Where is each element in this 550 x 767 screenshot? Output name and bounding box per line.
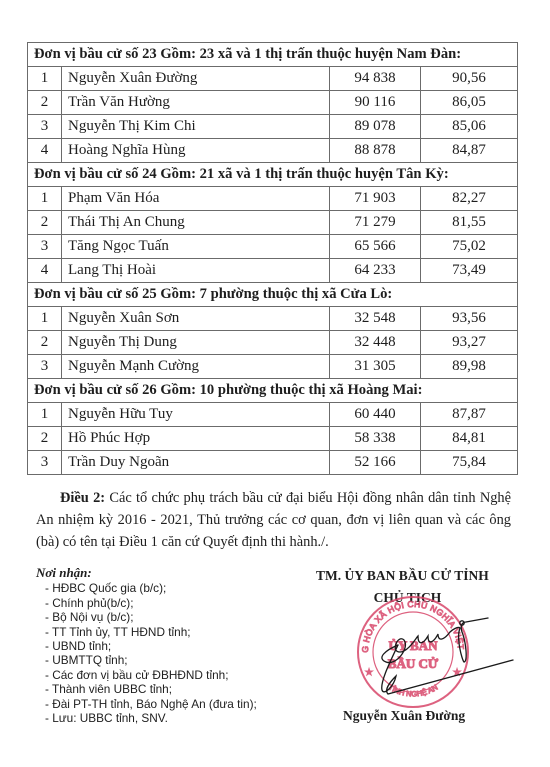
svg-text:TỈNH NGHỆ AN: TỈNH NGHỆ AN [387,683,440,699]
article-2-paragraph: Điều 2: Các tổ chức phụ trách bầu cử đại… [36,487,511,553]
candidate-number: 3 [28,235,62,259]
vote-percent: 89,98 [421,355,518,379]
table-row: 1Phạm Văn Hóa71 90382,27 [28,187,518,211]
candidate-number: 2 [28,427,62,451]
electoral-unit-header-row: Đơn vị bầu cử số 26 Gồm: 10 phường thuộc… [28,379,518,403]
table-row: 1Nguyễn Hữu Tuy60 44087,87 [28,403,518,427]
candidate-number: 3 [28,451,62,475]
recipients-title: Nơi nhận: [36,566,296,580]
recipient-item: - HĐBC Quốc gia (b/c); [36,581,296,595]
recipient-item: - Đài PT-TH tỉnh, Báo Nghệ An (đưa tin); [36,697,296,711]
candidate-number: 1 [28,187,62,211]
candidate-name: Trần Duy Ngoãn [62,451,330,475]
vote-percent: 93,56 [421,307,518,331]
candidate-name: Nguyễn Xuân Sơn [62,307,330,331]
recipient-item: - Bộ Nội vụ (b/c); [36,610,296,624]
vote-percent: 86,05 [421,91,518,115]
electoral-unit-header: Đơn vị bầu cử số 23 Gồm: 23 xã và 1 thị … [28,43,518,67]
vote-count: 32 548 [330,307,421,331]
vote-percent: 87,87 [421,403,518,427]
candidate-number: 2 [28,211,62,235]
table-row: 3Tăng Ngọc Tuấn65 56675,02 [28,235,518,259]
signing-organization: TM. ỦY BAN BẦU CỬ TỈNH [316,568,489,584]
candidate-number: 1 [28,403,62,427]
table-row: 3Nguyễn Thị Kim Chi89 07885,06 [28,115,518,139]
electoral-unit-header-row: Đơn vị bầu cử số 23 Gồm: 23 xã và 1 thị … [28,43,518,67]
official-seal-and-signature: CỘNG HÒA XÃ HỘI CHỦ NGHĨA VIỆT NAM TỈNH … [338,590,518,710]
table-row: 3Nguyễn Mạnh Cường31 30589,98 [28,355,518,379]
table-row: 2Nguyễn Thị Dung32 44893,27 [28,331,518,355]
candidate-number: 1 [28,307,62,331]
vote-percent: 75,84 [421,451,518,475]
vote-percent: 81,55 [421,211,518,235]
electoral-unit-header-row: Đơn vị bầu cử số 24 Gồm: 21 xã và 1 thị … [28,163,518,187]
table-row: 2Trần Văn Hường90 11686,05 [28,91,518,115]
vote-count: 60 440 [330,403,421,427]
signer-name: Nguyễn Xuân Đường [343,708,465,724]
candidate-name: Hồ Phúc Hợp [62,427,330,451]
table-row: 4Hoàng Nghĩa Hùng88 87884,87 [28,139,518,163]
article-2-text: Các tổ chức phụ trách bầu cử đại biểu Hộ… [36,490,511,550]
recipient-item: - UBND tỉnh; [36,639,296,653]
vote-percent: 85,06 [421,115,518,139]
recipient-item: - Các đơn vị bầu cử ĐBHĐND tỉnh; [36,668,296,682]
svg-text:BẦU CỬ: BẦU CỬ [388,656,439,671]
candidate-name: Thái Thị An Chung [62,211,330,235]
candidate-number: 3 [28,115,62,139]
svg-text:★: ★ [365,667,373,677]
recipient-item: - UBMTTQ tỉnh; [36,653,296,667]
electoral-unit-header: Đơn vị bầu cử số 24 Gồm: 21 xã và 1 thị … [28,163,518,187]
candidate-name: Phạm Văn Hóa [62,187,330,211]
vote-count: 90 116 [330,91,421,115]
vote-percent: 73,49 [421,259,518,283]
vote-count: 31 305 [330,355,421,379]
recipient-item: - Thành viên UBBC tỉnh; [36,682,296,696]
vote-percent: 93,27 [421,331,518,355]
table-row: 1Nguyễn Xuân Sơn32 54893,56 [28,307,518,331]
candidate-name: Nguyễn Thị Kim Chi [62,115,330,139]
election-results-table: Đơn vị bầu cử số 23 Gồm: 23 xã và 1 thị … [27,42,518,475]
recipient-item: - Chính phủ(b/c); [36,596,296,610]
vote-count: 71 903 [330,187,421,211]
candidate-name: Hoàng Nghĩa Hùng [62,139,330,163]
vote-count: 89 078 [330,115,421,139]
candidate-name: Nguyễn Mạnh Cường [62,355,330,379]
vote-percent: 90,56 [421,67,518,91]
candidate-name: Nguyễn Hữu Tuy [62,403,330,427]
vote-count: 58 338 [330,427,421,451]
recipient-item: - Lưu: UBBC tỉnh, SNV. [36,711,296,725]
candidate-name: Nguyễn Xuân Đường [62,67,330,91]
table-row: 1Nguyễn Xuân Đường94 83890,56 [28,67,518,91]
vote-count: 52 166 [330,451,421,475]
candidate-number: 2 [28,91,62,115]
article-2-label: Điều 2: [60,490,105,506]
candidate-number: 3 [28,355,62,379]
recipient-item: - TT Tỉnh ủy, TT HĐND tỉnh; [36,625,296,639]
vote-count: 32 448 [330,331,421,355]
vote-count: 65 566 [330,235,421,259]
candidate-number: 4 [28,259,62,283]
recipients-list: Nơi nhận: - HĐBC Quốc gia (b/c);- Chính … [36,566,296,725]
vote-count: 94 838 [330,67,421,91]
vote-percent: 84,87 [421,139,518,163]
candidate-name: Trần Văn Hường [62,91,330,115]
electoral-unit-header: Đơn vị bầu cử số 26 Gồm: 10 phường thuộc… [28,379,518,403]
table-row: 3Trần Duy Ngoãn52 16675,84 [28,451,518,475]
candidate-name: Tăng Ngọc Tuấn [62,235,330,259]
vote-percent: 75,02 [421,235,518,259]
electoral-unit-header: Đơn vị bầu cử số 25 Gồm: 7 phường thuộc … [28,283,518,307]
candidate-number: 4 [28,139,62,163]
handwritten-signature [382,618,513,694]
vote-percent: 84,81 [421,427,518,451]
candidate-number: 1 [28,67,62,91]
vote-count: 88 878 [330,139,421,163]
vote-percent: 82,27 [421,187,518,211]
vote-count: 64 233 [330,259,421,283]
electoral-unit-header-row: Đơn vị bầu cử số 25 Gồm: 7 phường thuộc … [28,283,518,307]
table-row: 4Lang Thị Hoài64 23373,49 [28,259,518,283]
candidate-number: 2 [28,331,62,355]
vote-count: 71 279 [330,211,421,235]
table-row: 2Thái Thị An Chung71 27981,55 [28,211,518,235]
table-row: 2Hồ Phúc Hợp58 33884,81 [28,427,518,451]
candidate-name: Lang Thị Hoài [62,259,330,283]
signature-block: TM. ỦY BAN BẦU CỬ TỈNH CHỦ TỊCH CỘNG HÒA… [300,568,550,738]
candidate-name: Nguyễn Thị Dung [62,331,330,355]
